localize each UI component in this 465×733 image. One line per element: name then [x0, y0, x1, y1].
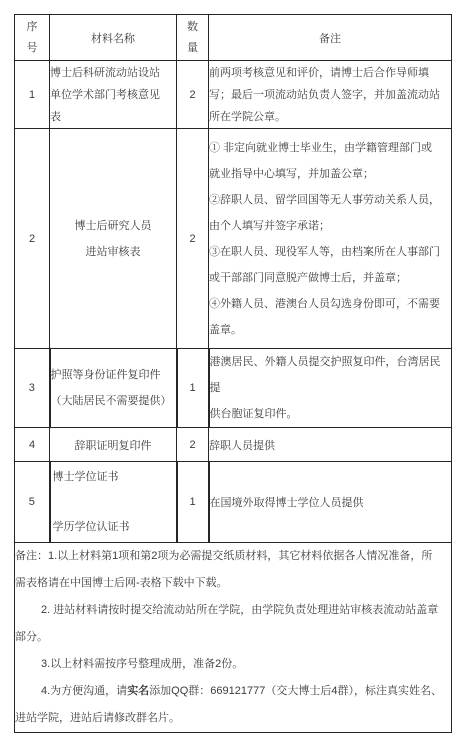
- row-5-name-stack: 博士学位证书 学历学位认证书: [51, 462, 176, 542]
- row-4-name: 辞职证明复印件: [50, 428, 177, 462]
- notes-cell: 备注：1.以上材料第1项和第2项为必需提交纸质材料，其它材料依据各人情况准备，所…: [15, 543, 452, 733]
- table-row-5: 5 博士学位证书 学历学位认证书 1 在国境外取得博士学位人员提供: [15, 462, 452, 543]
- notes-paragraph-4: 4.为方便沟通，请实名添加QQ群：669121777（交大博士后4群），标注真实…: [15, 678, 451, 732]
- header-col-qty: 数 量: [177, 15, 209, 61]
- table-row-4: 4 辞职证明复印件 2 辞职人员提供: [15, 428, 452, 462]
- row-3-no: 3: [15, 349, 50, 428]
- header-row: 序 号 材料名称 数 量 备注: [15, 15, 452, 61]
- row-5-qty: 1: [177, 462, 209, 543]
- materials-table: 序 号 材料名称 数 量 备注 1 博士后科研流动站设站 单位学术部门考核意见 …: [14, 14, 452, 733]
- row-3-name: 护照等身份证件复印件 （大陆居民不需要提供）: [50, 349, 177, 428]
- row-2-name: 博士后研究人员 进站审核表: [50, 129, 177, 349]
- row-2-qty: 2: [177, 129, 209, 349]
- table-row-3: 3 护照等身份证件复印件 （大陆居民不需要提供） 1 港澳居民、外籍人员提交护照…: [15, 349, 452, 428]
- table-row-2: 2 博士后研究人员 进站审核表 2 ① 非定向就业博士毕业生，由学籍管理部门或 …: [15, 129, 452, 349]
- header-col-no: 序 号: [15, 15, 50, 61]
- row-5-name-top: 博士学位证书: [53, 468, 176, 484]
- row-4-no: 4: [15, 428, 50, 462]
- row-1-name: 博士后科研流动站设站 单位学术部门考核意见 表: [50, 61, 177, 129]
- notes-row: 备注：1.以上材料第1项和第2项为必需提交纸质材料，其它材料依据各人情况准备，所…: [15, 543, 452, 733]
- row-4-note: 辞职人员提供: [209, 428, 452, 462]
- notes-paragraph-1: 备注：1.以上材料第1项和第2项为必需提交纸质材料，其它材料依据各人情况准备，所…: [15, 543, 451, 597]
- row-2-note: ① 非定向就业博士毕业生，由学籍管理部门或 就业指导中心填写，并加盖公章； ②辞…: [209, 129, 452, 349]
- row-4-qty: 2: [177, 428, 209, 462]
- header-col-note: 备注: [209, 15, 452, 61]
- row-1-note: 前两项考核意见和评价，请博士后合作导师填 写；最后一项流动站负责人签字，并加盖流…: [209, 61, 452, 129]
- row-3-qty: 1: [177, 349, 209, 428]
- notes-paragraph-2: 2. 进站材料请按时提交给流动站所在学院，由学院负责处理进站审核表流动站盖章 部…: [15, 597, 451, 651]
- page: 序 号 材料名称 数 量 备注 1 博士后科研流动站设站 单位学术部门考核意见 …: [0, 0, 465, 722]
- row-2-no: 2: [15, 129, 50, 349]
- notes-p4-prefix: 4.为方便沟通，请: [41, 685, 127, 697]
- notes-paragraph-3: 3.以上材料需按序号整理成册，准备2份。: [15, 651, 451, 678]
- row-1-no: 1: [15, 61, 50, 129]
- row-5-note: 在国境外取得博士学位人员提供: [209, 462, 452, 543]
- row-1-qty: 2: [177, 61, 209, 129]
- header-col-name: 材料名称: [50, 15, 177, 61]
- row-3-note: 港澳居民、外籍人员提交护照复印件，台湾居民提 供台胞证复印件。: [209, 349, 452, 428]
- row-5-name-bottom: 学历学位认证书: [53, 518, 176, 534]
- row-5-no: 5: [15, 462, 50, 543]
- notes-p4-realname: 实名: [127, 685, 149, 697]
- table-row-1: 1 博士后科研流动站设站 单位学术部门考核意见 表 2 前两项考核意见和评价，请…: [15, 61, 452, 129]
- row-5-name: 博士学位证书 学历学位认证书: [50, 462, 177, 543]
